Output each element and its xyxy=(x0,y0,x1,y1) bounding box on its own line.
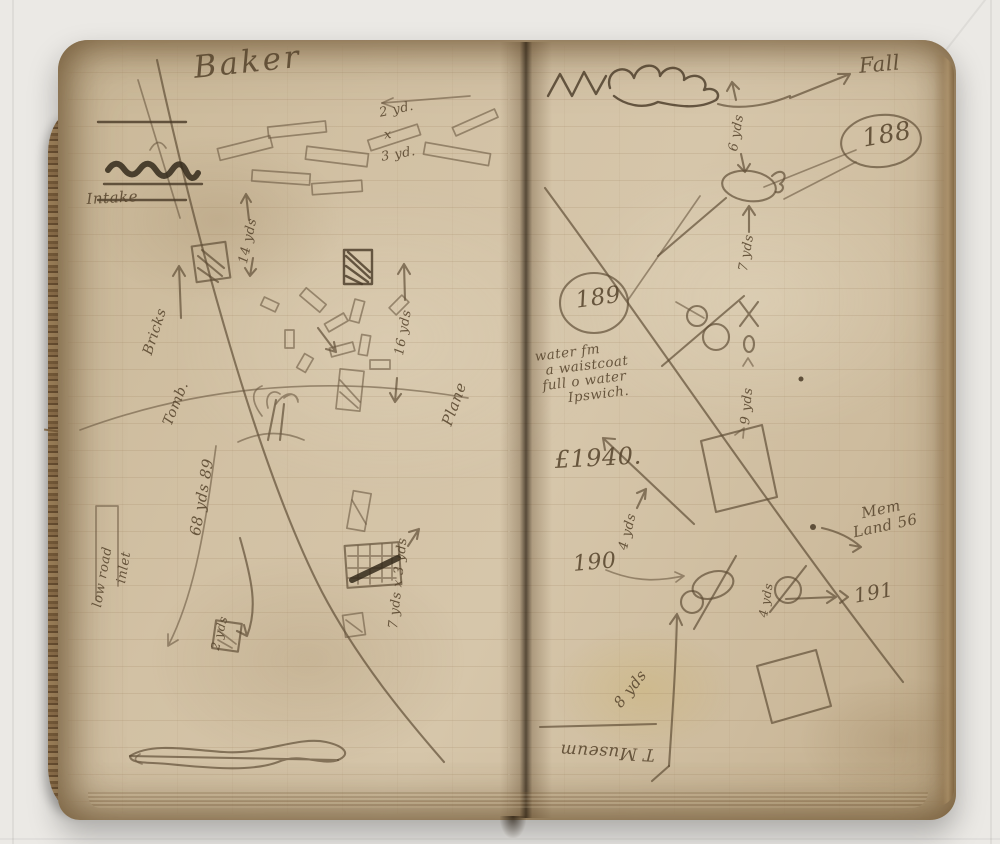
note-block: water fm a waistcoat full o water Ipswic… xyxy=(534,339,633,410)
label-fall: Fall xyxy=(858,50,901,77)
number-190: 190 xyxy=(572,548,618,577)
notebook xyxy=(58,40,956,820)
wall-seam xyxy=(12,0,14,844)
bottom-page-edges xyxy=(88,792,928,808)
photo-of-notebook: Baker Intake 2 yd. x 3 yd. 14 yds Bricks… xyxy=(0,0,1000,844)
right-page-edge xyxy=(934,54,954,806)
left-page xyxy=(68,46,508,814)
dim-times: x xyxy=(383,127,393,143)
gutter-shadow xyxy=(500,816,526,838)
label-price-1940: £1940. xyxy=(554,441,642,474)
label-intake: Intake xyxy=(86,187,138,208)
book-gutter xyxy=(500,42,552,818)
wall-seam xyxy=(990,0,992,844)
wall-seam xyxy=(0,838,1000,840)
right-page xyxy=(510,46,944,814)
